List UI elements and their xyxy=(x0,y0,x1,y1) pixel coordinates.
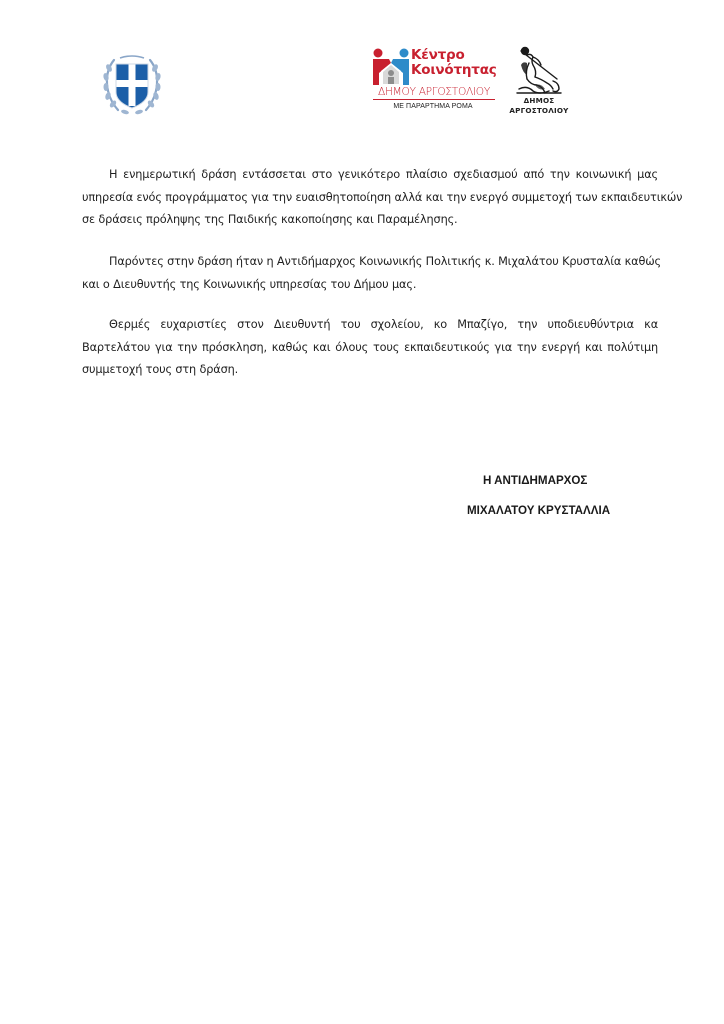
paragraph-thanks: Θερμές ευχαριστίες στον Διευθυντή του σχ… xyxy=(82,314,658,382)
mythological-figure-icon xyxy=(513,45,565,95)
paragraph-line: σε δράσεις πρόληψης της Παιδικής κακοποί… xyxy=(82,209,658,232)
signature-name: ΜΙΧΑΛΑΤΟΥ ΚΡΥΣΤΑΛΛΙΑ xyxy=(467,504,667,517)
document-page: Κέντρο Κοινότητας ΔΗΜΟΥ ΑΡΓΟΣΤΟΛΙΟΥ ΜΕ Π… xyxy=(0,0,724,1024)
paragraph-line: και ο Διευθυντής της Κοινωνικής υπηρεσία… xyxy=(82,274,658,297)
paragraph-awareness-action: Η ενημερωτική δράση εντάσσεται στο γενικ… xyxy=(82,164,658,232)
greek-coat-of-arms-logo xyxy=(100,50,164,122)
kentro-title: Κέντρο Κοινότητας xyxy=(411,48,497,78)
community-center-icon xyxy=(371,47,411,87)
coat-of-arms-icon xyxy=(100,50,164,122)
kentro-tagline: ΜΕ ΠΑΡΑΡΤΗΜΑ ΡΟΜΑ xyxy=(371,103,495,110)
paragraph-line: Βαρτελάτου για την πρόσκληση, καθώς και … xyxy=(82,337,658,360)
paragraph-line: Παρόντες στην δράση ήταν η Αντιδήμαρχος … xyxy=(82,251,658,274)
signature-title: Η ΑΝΤΙΔΗΜΑΡΧΟΣ xyxy=(483,474,683,487)
paragraph-attendees: Παρόντες στην δράση ήταν η Αντιδήμαρχος … xyxy=(82,251,658,296)
kentro-koinotitas-logo: Κέντρο Κοινότητας ΔΗΜΟΥ ΑΡΓΟΣΤΟΛΙΟΥ ΜΕ Π… xyxy=(371,47,495,115)
paragraph-line: υπηρεσία ενός προγράμματος για την ευαισ… xyxy=(82,187,658,210)
dimos-argostoliou-logo: ΔΗΜΟΣ ΑΡΓΟΣΤΟΛΙΟΥ xyxy=(506,45,572,117)
dimos-label: ΔΗΜΟΣ ΑΡΓΟΣΤΟΛΙΟΥ xyxy=(506,96,572,116)
kentro-subtitle: ΔΗΜΟΥ ΑΡΓΟΣΤΟΛΙΟΥ xyxy=(373,86,495,100)
paragraph-line: Η ενημερωτική δράση εντάσσεται στο γενικ… xyxy=(82,164,658,187)
paragraph-line: Θερμές ευχαριστίες στον Διευθυντή του σχ… xyxy=(82,314,658,337)
paragraph-line: συμμετοχή τους στη δράση. xyxy=(82,359,658,382)
